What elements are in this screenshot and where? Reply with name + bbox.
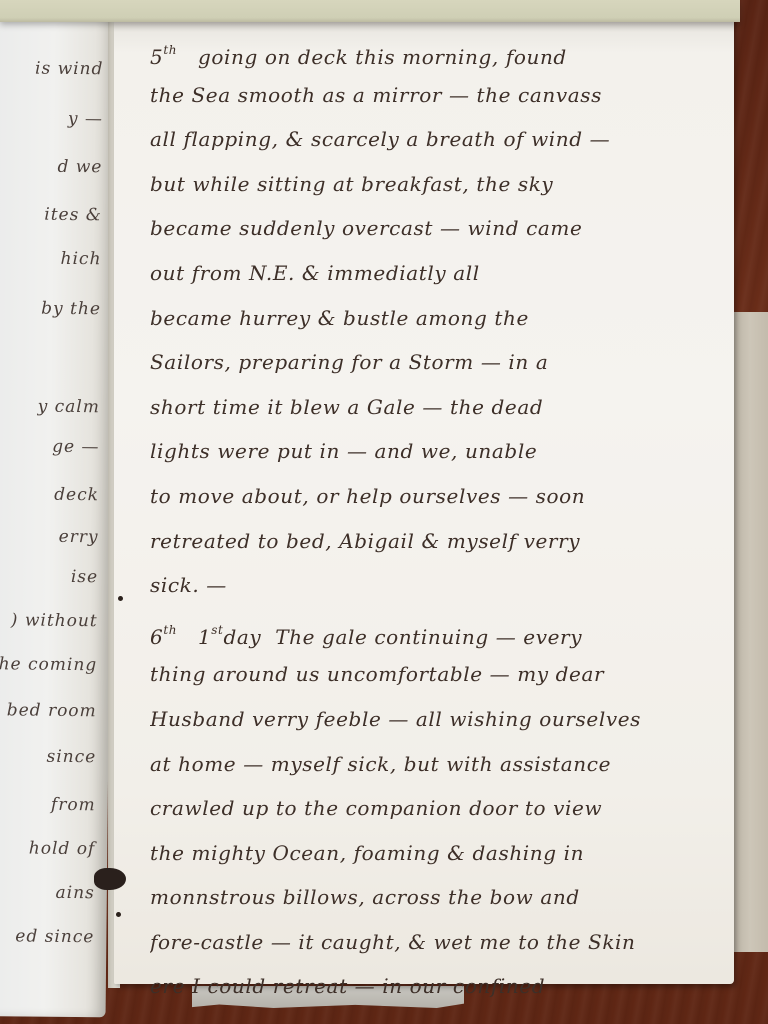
line-text: short time it blew a Gale — the dead	[150, 395, 543, 419]
left-page-text-fragment: ise	[71, 567, 98, 587]
handwritten-line: Husband verry feeble — all wishing ourse…	[150, 697, 730, 742]
entry-day-number: 1	[198, 625, 211, 649]
line-text: to move about, or help ourselves — soon	[150, 484, 585, 508]
left-page-text-fragment: ains	[55, 883, 94, 903]
handwritten-line: retreated to bed, Abigail & myself verry	[150, 519, 730, 564]
left-page-text-fragment: deck	[54, 485, 99, 505]
handwritten-line: at home — myself sick, but with assistan…	[150, 742, 730, 787]
left-page-text-fragment: d we	[57, 157, 102, 177]
handwritten-line: ere I could retreat — in our confined	[150, 964, 730, 1009]
line-text: sick. —	[150, 573, 227, 597]
handwritten-line: became suddenly overcast — wind came	[150, 206, 730, 251]
overlapping-top-sheet	[0, 0, 740, 22]
left-page-text-fragment: erry	[59, 527, 99, 547]
handwritten-line: monnstrous billows, across the bow and	[150, 875, 730, 920]
handwritten-line: 5th going on deck this morning, found	[150, 28, 730, 73]
line-text: lights were put in — and we, unable	[150, 439, 537, 463]
line-text: The gale continuing — every	[275, 625, 582, 649]
handwritten-text-block: 5th going on deck this morning, foundthe…	[150, 28, 730, 1009]
handwritten-line: the Sea smooth as a mirror — the canvass	[150, 73, 730, 118]
left-page-text-fragment: ites &	[44, 205, 102, 226]
left-page-text-fragment: hold of	[29, 839, 96, 860]
ink-dot	[118, 596, 123, 601]
entry-date-suffix: th	[163, 623, 177, 637]
line-text: out from N.E. & immediatly all	[150, 261, 480, 285]
line-text: at home — myself sick, but with assistan…	[150, 752, 611, 776]
handwritten-line: to move about, or help ourselves — soon	[150, 474, 730, 519]
line-text: thing around us uncomfortable — my dear	[150, 662, 604, 686]
line-text: the mighty Ocean, foaming & dashing in	[150, 841, 584, 865]
entry-day-word: day	[223, 625, 261, 649]
line-text: ere I could retreat — in our confined	[150, 974, 545, 998]
line-text: became hurrey & bustle among the	[150, 306, 529, 330]
line-text: going on deck this morning, found	[198, 45, 567, 69]
left-page-text-fragment: is wind	[35, 59, 104, 80]
line-text: Sailors, preparing for a Storm — in a	[150, 350, 548, 374]
line-text: but while sitting at breakfast, the sky	[150, 172, 553, 196]
ink-dot	[116, 912, 121, 917]
left-page-text-fragment: the coming	[0, 654, 97, 675]
line-text: Husband verry feeble — all wishing ourse…	[150, 707, 641, 731]
line-text: crawled up to the companion door to view	[150, 796, 602, 820]
handwritten-line: short time it blew a Gale — the dead	[150, 385, 730, 430]
left-page-text-fragment: y calm	[38, 397, 100, 418]
entry-date: 5	[150, 45, 163, 69]
line-text: fore-castle — it caught, & wet me to the…	[150, 930, 636, 954]
left-page-text-fragment: from	[51, 795, 96, 815]
entry-day-suffix: st	[211, 623, 223, 637]
line-text: monnstrous billows, across the bow and	[150, 885, 580, 909]
right-page: 5th going on deck this morning, foundthe…	[114, 14, 734, 984]
handwritten-line: the mighty Ocean, foaming & dashing in	[150, 831, 730, 876]
handwritten-line: fore-castle — it caught, & wet me to the…	[150, 920, 730, 965]
back-paper-scrap-right	[730, 312, 768, 952]
handwritten-line: lights were put in — and we, unable	[150, 429, 730, 474]
line-text: the Sea smooth as a mirror — the canvass	[150, 83, 602, 107]
left-page-text-fragment: by the	[41, 299, 101, 320]
handwritten-line: thing around us uncomfortable — my dear	[150, 652, 730, 697]
line-text: became suddenly overcast — wind came	[150, 216, 582, 240]
handwritten-line: became hurrey & bustle among the	[150, 296, 730, 341]
handwritten-line: all flapping, & scarcely a breath of win…	[150, 117, 730, 162]
handwritten-line: crawled up to the companion door to view	[150, 786, 730, 831]
left-page-text-fragment: bed room	[7, 700, 97, 721]
left-page: is windy —d weites &hichby they calmge —…	[0, 16, 116, 1017]
handwritten-line: out from N.E. & immediatly all	[150, 251, 730, 296]
handwritten-line: sick. —	[150, 563, 730, 608]
line-text: retreated to bed, Abigail & myself verry	[150, 529, 580, 553]
handwritten-line: Sailors, preparing for a Storm — in a	[150, 340, 730, 385]
left-page-text-fragment: since	[46, 747, 96, 768]
left-page-text-fragment: ed since	[15, 926, 94, 947]
handwritten-line: 6th 1stday The gale continuing — every	[150, 608, 730, 653]
left-page-text-fragment: ) without	[11, 610, 98, 631]
handwritten-line: but while sitting at breakfast, the sky	[150, 162, 730, 207]
line-text: all flapping, & scarcely a breath of win…	[150, 127, 610, 151]
left-page-text-fragment: y —	[68, 109, 103, 129]
entry-date-suffix: th	[163, 43, 177, 57]
binding-clasp-icon	[94, 868, 126, 890]
left-page-text-fragment: ge —	[52, 437, 100, 457]
entry-date: 6	[150, 625, 163, 649]
left-page-text-fragment: hich	[60, 249, 101, 269]
